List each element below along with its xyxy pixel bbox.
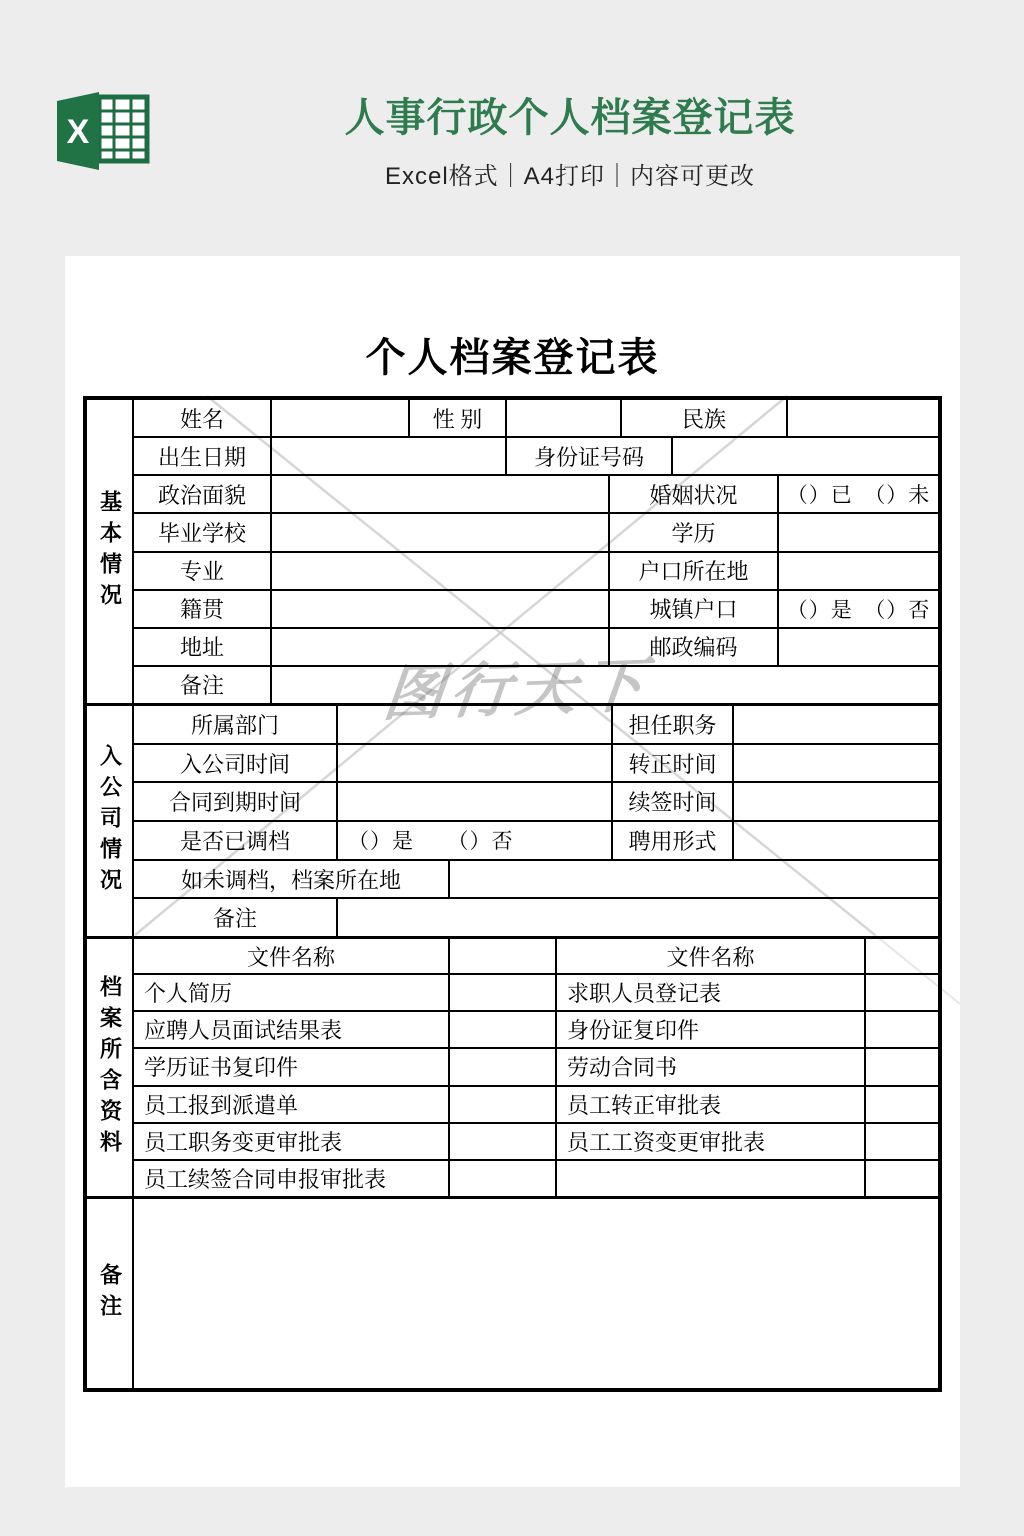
row-files-4: 员工报到派遣单 员工转正审批表 bbox=[134, 1087, 938, 1124]
archive-location-label: 如未调档，档案所在地 bbox=[134, 861, 450, 898]
department-label: 所属部门 bbox=[134, 706, 338, 743]
degree-value-cell bbox=[779, 514, 938, 550]
file-name-header-right: 文件名称 bbox=[557, 939, 866, 973]
section-label-files: 档案所含资料 bbox=[87, 939, 134, 1196]
residence-value-cell bbox=[779, 553, 938, 589]
marital-options: （）已 （）未 bbox=[779, 476, 938, 512]
join-date-value-cell bbox=[338, 745, 613, 782]
position-label: 担任职务 bbox=[613, 706, 734, 743]
id-label: 身份证号码 bbox=[507, 438, 673, 474]
form-table: 基本情况 姓名 性 别 民族 出生日期 身份证号码 bbox=[83, 396, 942, 1392]
file-check-cell bbox=[866, 1012, 938, 1047]
company-note-label: 备注 bbox=[134, 899, 338, 936]
zip-label: 邮政编码 bbox=[610, 629, 779, 665]
header: X 人事行政个人档案登记表 Excel格式｜A4打印｜内容可更改 bbox=[0, 0, 1024, 256]
id-value-cell bbox=[673, 438, 938, 474]
archive-location-value-cell bbox=[450, 861, 938, 898]
row-contract-renew: 合同到期时间 续签时间 bbox=[134, 783, 938, 822]
row-note bbox=[134, 1199, 938, 1388]
file-name-cell: 身份证复印件 bbox=[557, 1012, 866, 1047]
address-value-cell bbox=[272, 629, 610, 665]
file-check-cell bbox=[866, 1161, 938, 1196]
file-check-cell bbox=[450, 975, 557, 1010]
file-name-cell: 劳动合同书 bbox=[557, 1049, 866, 1084]
file-check-cell bbox=[866, 1087, 938, 1122]
row-archive-transferred: 是否已调档 （）是 （）否 聘用形式 bbox=[134, 822, 938, 861]
file-check-cell bbox=[450, 1012, 557, 1047]
file-check-header-left bbox=[450, 939, 557, 973]
row-files-1: 个人简历 求职人员登记表 bbox=[134, 975, 938, 1012]
file-name-cell bbox=[557, 1161, 866, 1196]
file-check-cell bbox=[450, 1161, 557, 1196]
form-title: 个人档案登记表 bbox=[65, 326, 960, 383]
row-files-3: 学历证书复印件 劳动合同书 bbox=[134, 1049, 938, 1086]
politics-value-cell bbox=[272, 476, 610, 512]
row-files-5: 员工职务变更审批表 员工工资变更审批表 bbox=[134, 1124, 938, 1161]
row-politics-marital: 政治面貌 婚姻状况 （）已 （）未 bbox=[134, 476, 938, 514]
basic-note-label: 备注 bbox=[134, 667, 272, 703]
file-name-cell: 员工转正审批表 bbox=[557, 1087, 866, 1122]
file-check-cell bbox=[450, 1124, 557, 1159]
birth-value-cell bbox=[272, 438, 507, 474]
contract-expire-value-cell bbox=[338, 783, 613, 820]
file-name-cell: 学历证书复印件 bbox=[134, 1049, 450, 1084]
archive-transferred-options: （）是 （）否 bbox=[338, 822, 613, 859]
renew-date-value-cell bbox=[734, 783, 938, 820]
file-check-cell bbox=[866, 975, 938, 1010]
page-subtitle: Excel格式｜A4打印｜内容可更改 bbox=[116, 156, 1024, 191]
note-value-cell bbox=[134, 1199, 938, 1388]
row-files-header: 文件名称 文件名称 bbox=[134, 939, 938, 975]
ethnic-label: 民族 bbox=[622, 400, 788, 436]
file-name-cell: 员工续签合同申报审批表 bbox=[134, 1161, 450, 1196]
file-name-cell: 求职人员登记表 bbox=[557, 975, 866, 1010]
regular-date-label: 转正时间 bbox=[613, 745, 734, 782]
major-label: 专业 bbox=[134, 553, 272, 589]
section-company-info: 入公司情况 所属部门 担任职务 入公司时间 转正时间 合同到期时间 bbox=[87, 706, 938, 939]
section-basic-info: 基本情况 姓名 性 别 民族 出生日期 身份证号码 bbox=[87, 400, 938, 706]
section-archive-files: 档案所含资料 文件名称 文件名称 个人简历 求职人员登记表 应聘人员面试结果表 bbox=[87, 939, 938, 1199]
origin-label: 籍贯 bbox=[134, 591, 272, 627]
row-origin-urban: 籍贯 城镇户口 （）是 （）否 bbox=[134, 591, 938, 629]
document-page: 图行天下 个人档案登记表 基本情况 姓名 性 别 民族 出生日期 bbox=[65, 256, 960, 1487]
degree-label: 学历 bbox=[610, 514, 779, 550]
row-company-note: 备注 bbox=[134, 899, 938, 936]
file-name-header-left: 文件名称 bbox=[134, 939, 450, 973]
school-label: 毕业学校 bbox=[134, 514, 272, 550]
row-address-zip: 地址 邮政编码 bbox=[134, 629, 938, 667]
marital-label: 婚姻状况 bbox=[610, 476, 779, 512]
company-note-value-cell bbox=[338, 899, 938, 936]
name-label: 姓名 bbox=[134, 400, 272, 436]
row-birth-id: 出生日期 身份证号码 bbox=[134, 438, 938, 476]
page-title: 人事行政个人档案登记表 bbox=[116, 94, 1024, 142]
politics-label: 政治面貌 bbox=[134, 476, 272, 512]
urban-options: （）是 （）否 bbox=[779, 591, 938, 627]
row-join-regular: 入公司时间 转正时间 bbox=[134, 745, 938, 784]
birth-label: 出生日期 bbox=[134, 438, 272, 474]
file-check-header-right bbox=[866, 939, 938, 973]
regular-date-value-cell bbox=[734, 745, 938, 782]
file-check-cell bbox=[866, 1049, 938, 1084]
file-name-cell: 个人简历 bbox=[134, 975, 450, 1010]
renew-date-label: 续签时间 bbox=[613, 783, 734, 820]
excel-x-letter: X bbox=[67, 113, 90, 151]
file-check-cell bbox=[450, 1087, 557, 1122]
header-text: 人事行政个人档案登记表 Excel格式｜A4打印｜内容可更改 bbox=[116, 94, 1024, 191]
file-check-cell bbox=[866, 1124, 938, 1159]
employment-type-value-cell bbox=[734, 822, 938, 859]
major-value-cell bbox=[272, 553, 610, 589]
address-label: 地址 bbox=[134, 629, 272, 665]
basic-note-value-cell bbox=[272, 667, 938, 703]
contract-expire-label: 合同到期时间 bbox=[134, 783, 338, 820]
file-name-cell: 员工报到派遣单 bbox=[134, 1087, 450, 1122]
row-school-degree: 毕业学校 学历 bbox=[134, 514, 938, 552]
join-date-label: 入公司时间 bbox=[134, 745, 338, 782]
ethnic-value-cell bbox=[788, 400, 938, 436]
position-value-cell bbox=[734, 706, 938, 743]
file-name-cell: 员工职务变更审批表 bbox=[134, 1124, 450, 1159]
section-label-basic: 基本情况 bbox=[87, 400, 134, 703]
section-label-note: 备注 bbox=[87, 1199, 134, 1388]
name-value-cell bbox=[272, 400, 410, 436]
department-value-cell bbox=[338, 706, 613, 743]
urban-label: 城镇户口 bbox=[610, 591, 779, 627]
row-archive-location: 如未调档，档案所在地 bbox=[134, 861, 938, 900]
origin-value-cell bbox=[272, 591, 610, 627]
file-check-cell bbox=[450, 1049, 557, 1084]
employment-type-label: 聘用形式 bbox=[613, 822, 734, 859]
gender-label: 性 别 bbox=[410, 400, 507, 436]
school-value-cell bbox=[272, 514, 610, 550]
row-files-2: 应聘人员面试结果表 身份证复印件 bbox=[134, 1012, 938, 1049]
row-files-6: 员工续签合同申报审批表 bbox=[134, 1161, 938, 1196]
archive-transferred-label: 是否已调档 bbox=[134, 822, 338, 859]
section-label-company: 入公司情况 bbox=[87, 706, 134, 936]
residence-label: 户口所在地 bbox=[610, 553, 779, 589]
row-major-residence: 专业 户口所在地 bbox=[134, 553, 938, 591]
file-name-cell: 应聘人员面试结果表 bbox=[134, 1012, 450, 1047]
zip-value-cell bbox=[779, 629, 938, 665]
section-note: 备注 bbox=[87, 1199, 938, 1388]
row-basic-note: 备注 bbox=[134, 667, 938, 703]
row-department-position: 所属部门 担任职务 bbox=[134, 706, 938, 745]
gender-value-cell bbox=[507, 400, 622, 436]
row-name-gender-ethnic: 姓名 性 别 民族 bbox=[134, 400, 938, 438]
file-name-cell: 员工工资变更审批表 bbox=[557, 1124, 866, 1159]
